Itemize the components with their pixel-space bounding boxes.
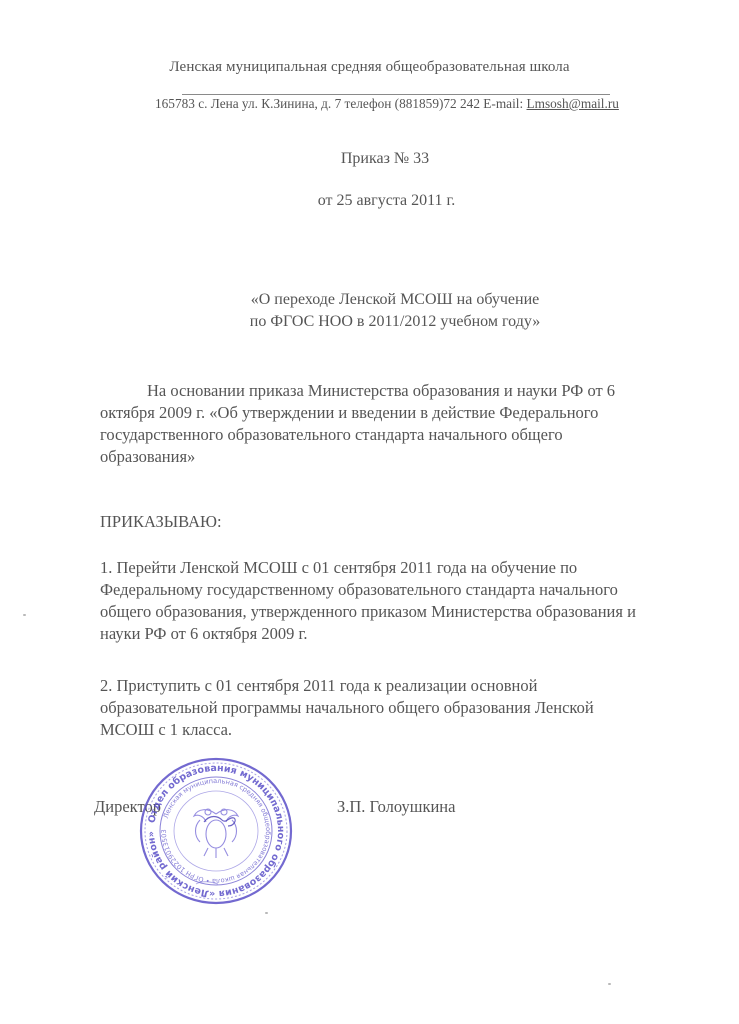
school-name: Ленская муниципальная средняя общеобразо…	[0, 59, 739, 76]
item-line: 2. Приступить с 01 сентября 2011 года к …	[100, 675, 680, 697]
order-date: от 25 августа 2011 г.	[0, 192, 739, 210]
item-line: 1. Перейти Ленской МСОШ с 01 сентября 20…	[100, 557, 680, 579]
order-item-1: 1. Перейти Ленской МСОШ с 01 сентября 20…	[100, 557, 680, 645]
item-line: науки РФ от 6 октября 2009 г.	[100, 623, 680, 645]
signatory-name: З.П. Голоушкина	[337, 797, 456, 816]
order-subject: «О переходе Ленской МСОШ на обучение по …	[0, 289, 739, 333]
scan-speck	[265, 912, 268, 914]
school-address: 165783 с. Лена ул. К.Зинина, д. 7 телефо…	[155, 96, 619, 112]
decree-heading: ПРИКАЗЫВАЮ:	[100, 512, 222, 532]
basis-paragraph: На основании приказа Министерства образо…	[100, 380, 660, 468]
item-line: Федеральному государственному образовате…	[100, 579, 680, 601]
item-line: общего образования, утвержденного приказ…	[100, 601, 680, 623]
order-title: Приказ № 33	[0, 150, 739, 168]
official-stamp-icon: Отдел образования муниципального образов…	[138, 756, 294, 906]
document-page: Ленская муниципальная средняя общеобразо…	[0, 0, 739, 1024]
address-text: 165783 с. Лена ул. К.Зинина, д. 7 телефо…	[155, 96, 527, 111]
email-link[interactable]: Lmsosh@mail.ru	[527, 96, 619, 111]
item-line: МСОШ с 1 класса.	[100, 719, 680, 741]
basis-line: образования»	[100, 446, 660, 468]
subject-line-1: «О переходе Ленской МСОШ на обучение	[0, 289, 739, 311]
scan-speck	[23, 614, 26, 616]
basis-line: октября 2009 г. «Об утверждении и введен…	[100, 402, 660, 424]
basis-line: На основании приказа Министерства образо…	[100, 380, 660, 402]
order-item-2: 2. Приступить с 01 сентября 2011 года к …	[100, 675, 680, 741]
scan-speck	[608, 983, 611, 985]
basis-line: государственного образовательного станда…	[100, 424, 660, 446]
item-line: образовательной программы начального общ…	[100, 697, 680, 719]
subject-line-2: по ФГОС НОО в 2011/2012 учебном году»	[0, 311, 739, 333]
header-divider	[182, 94, 610, 95]
